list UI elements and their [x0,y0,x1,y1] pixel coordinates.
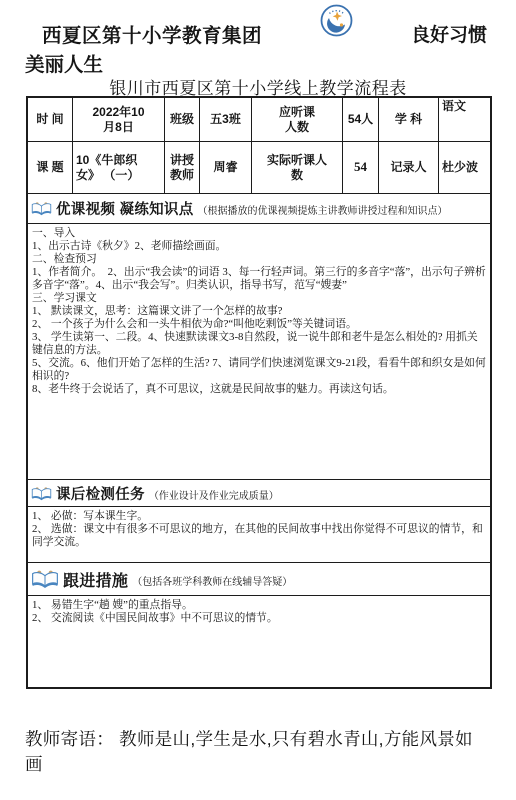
homework-section-note: （作业设计及作业完成质量） [149,485,279,502]
content-line: 1、作者简介。 2、出示“我会读”的词语 3、每一行轻声词。第三行的多音字“落”… [32,266,486,292]
content-line: 1、 默读课文，思考：这篇课文讲了一个怎样的故事? [32,305,486,318]
open-book-icon [31,201,52,216]
class-label: 班级 [165,98,200,141]
content-line: 2、 交流阅读《中国民间故事》中不可思议的情节。 [32,612,486,625]
recorder-value: 杜少波 [439,142,490,193]
homework-section-content: 1、 必做：写本课生字。2、 选做：课文中有很多不可思议的地方，在其他的民间故事… [28,507,490,563]
teacher-message: 教师寄语： 教师是山,学生是水,只有碧水青山,方能风景如画 [25,727,477,778]
school-motto-line2: 美丽人生 [25,49,103,77]
school-motto-line1: 良好习惯 [411,20,487,47]
flow-table: 时 间 2022年10 月8日 班级 五3班 应听课 人数 54人 学 科 语文… [26,96,492,689]
teacher-value: 周睿 [200,142,252,193]
subject-value: 语文 [439,98,490,141]
content-line: 三、学习课文 [32,292,486,305]
subject-label: 学 科 [379,98,439,141]
actual-listeners-label: 实际听课人 数 [252,142,343,193]
content-line: 一、导入 [32,227,486,240]
class-value: 五3班 [200,98,252,141]
content-line: 5、交流。6、他们开始了怎样的生活? 7、请同学们快速浏览课文9-21段，看看牛… [32,357,486,383]
info-row-2: 课 题 10《牛郎织 女》 （一） 讲授 教师 周睿 实际听课人 数 54 记录… [28,142,490,194]
followup-section-content: 1、 易错生字“趟 嫂”的重点指导。2、 交流阅读《中国民间故事》中不可思议的情… [28,596,490,687]
topic-value: 10《牛郎织 女》 （一） [73,142,165,193]
info-row-1: 时 间 2022年10 月8日 班级 五3班 应听课 人数 54人 学 科 语文 [28,98,490,142]
time-value: 2022年10 月8日 [73,98,165,141]
school-group-name: 西夏区第十小学教育集团 [42,20,262,48]
content-line: 1、 易错生字“趟 嫂”的重点指导。 [32,599,486,612]
topic-label: 课 题 [28,142,73,193]
teacher-label: 讲授 教师 [165,142,200,193]
teaching-flow-sheet: 西夏区第十小学教育集团 良好习惯 美丽人生 银川市西夏区第十小学线上教学流程表 … [0,0,516,800]
video-section-note: （根据播放的优课视频提炼主讲教师讲授过程和知识点） [198,200,448,217]
time-label: 时 间 [28,98,73,141]
video-section-header: 优课视频 凝练知识点 （根据播放的优课视频提炼主讲教师讲授过程和知识点） [28,194,490,224]
expected-listeners-value: 54人 [343,98,379,141]
followup-section-header: 跟进措施 （包括各班学科教师在线辅导答疑） [28,563,490,596]
expected-listeners-label: 应听课 人数 [252,98,343,141]
followup-section-title: 跟进措施 [63,568,128,591]
content-line: 2、 选做：课文中有很多不可思议的地方，在其他的民间故事中找出你觉得不可思议的情… [32,523,486,549]
followup-section-note: （包括各班学科教师在线辅导答疑） [132,571,292,588]
video-section-title: 优课视频 凝练知识点 [56,198,194,219]
school-logo-icon [320,4,353,37]
homework-section-title: 课后检测任务 [56,483,145,504]
content-line: 1、出示古诗《秋夕》2、老师描绘画面。 [32,240,486,253]
content-line: 3、 学生读第一、二段。4、快速默读课文3-8自然段，说一说牛郎和老牛是怎么相处… [32,331,486,357]
content-line: 2、 一个孩子为什么会和一头牛相依为命?“叫他吃剩饭”等关键词语。 [32,318,486,331]
content-line: 二、检查预习 [32,253,486,266]
open-book-icon [31,569,59,589]
content-line: 1、 必做：写本课生字。 [32,510,486,523]
video-section-content: 一、导入1、出示古诗《秋夕》2、老师描绘画面。二、检查预习1、作者简介。 2、出… [28,224,490,480]
recorder-label: 记录人 [379,142,439,193]
homework-section-header: 课后检测任务 （作业设计及作业完成质量） [28,480,490,507]
actual-listeners-value: 54 [343,142,379,193]
content-line: 8、老牛终于会说话了，真不可思议，这就是民间故事的魅力。再读这句话。 [32,383,486,396]
open-book-icon [31,486,52,501]
